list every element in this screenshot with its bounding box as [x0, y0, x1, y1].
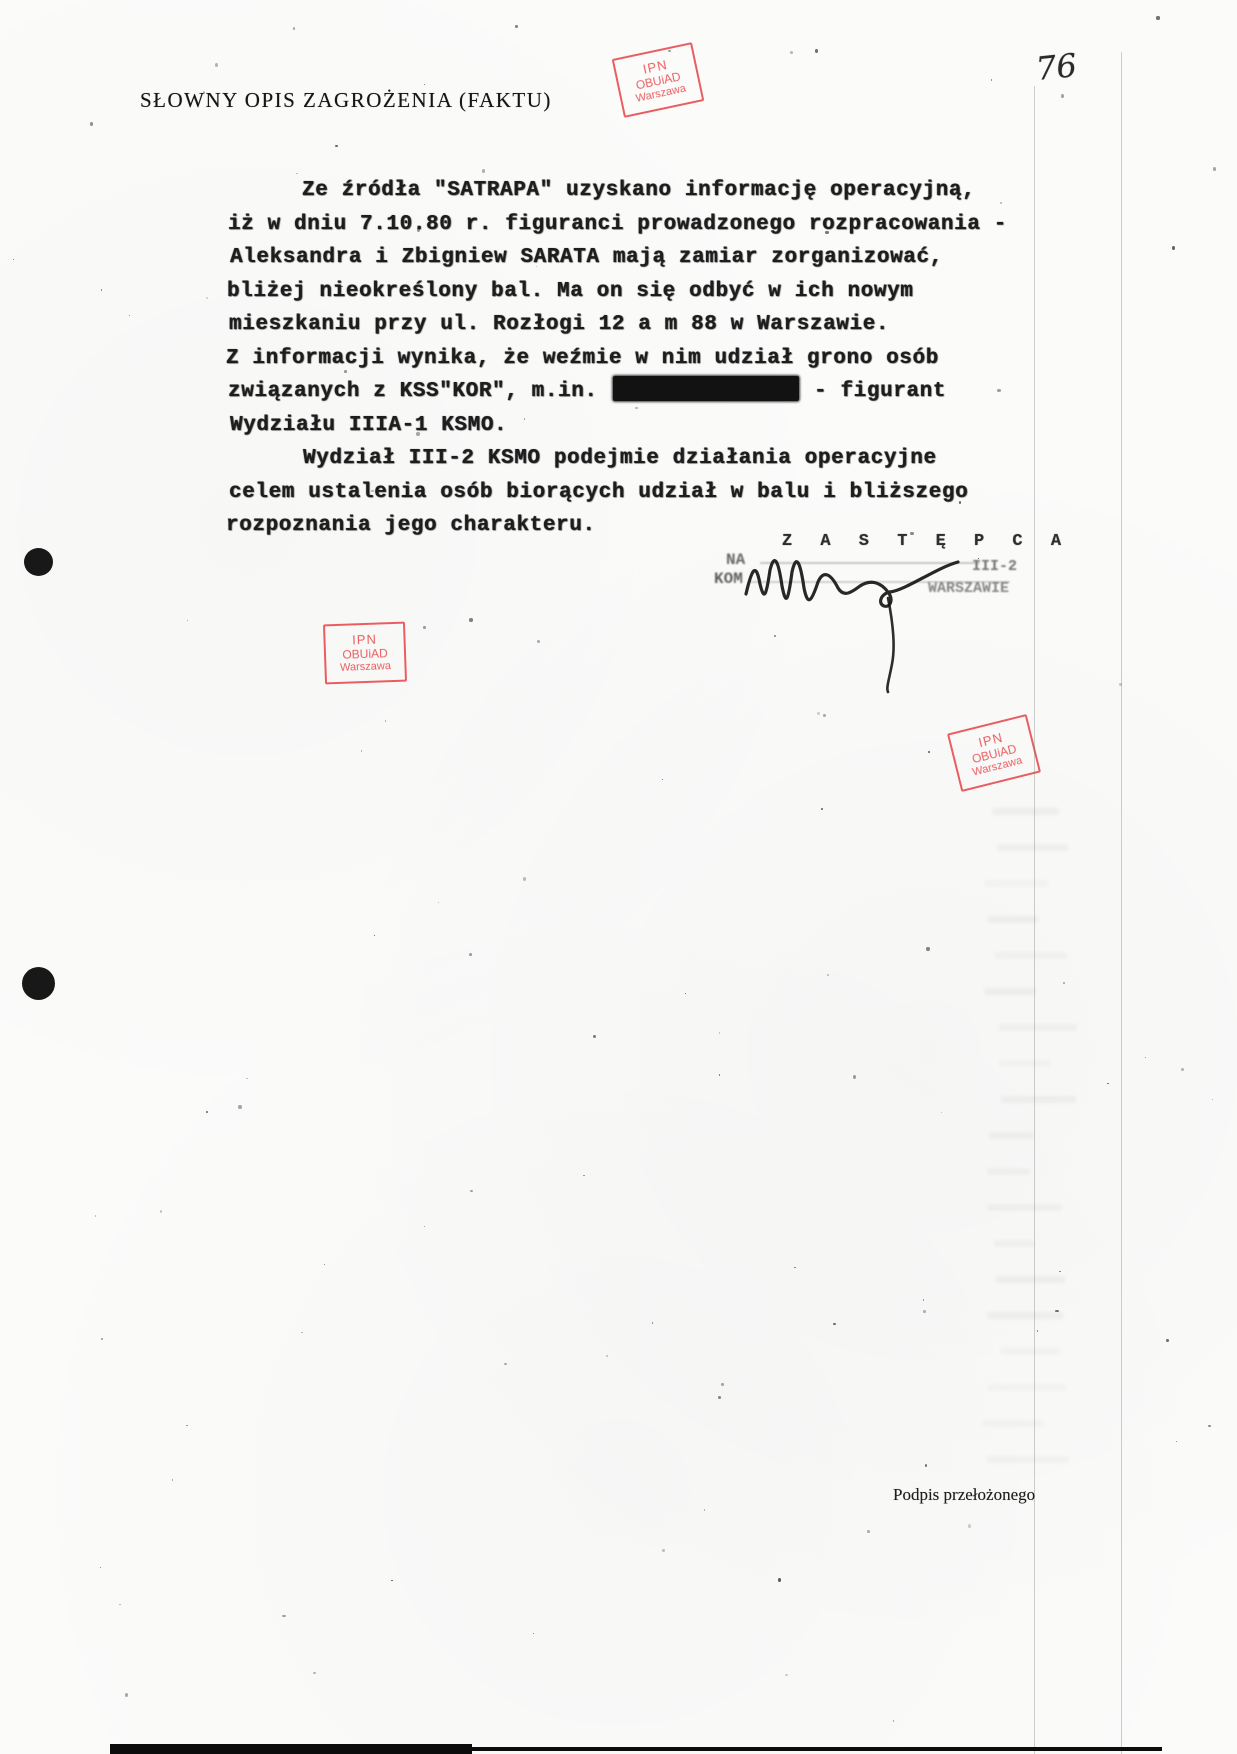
- noise-speck: [923, 1310, 926, 1313]
- noise-speck: [925, 1464, 927, 1467]
- noise-speck: [324, 1264, 325, 1265]
- noise-speck: [1145, 1057, 1146, 1058]
- noise-speck: [1063, 982, 1065, 985]
- noise-speck: [1119, 683, 1122, 686]
- noise-speck: [374, 935, 376, 936]
- noise-speck: [301, 1332, 302, 1333]
- bleed-through-row: [1001, 1096, 1075, 1103]
- noise-speck: [790, 51, 793, 54]
- hole-punch: [24, 548, 53, 576]
- bleed-through-row: [987, 1312, 1064, 1319]
- noise-speck: [893, 1720, 894, 1721]
- noise-speck: [423, 626, 426, 629]
- signer-stamp-fragment: KOM: [714, 570, 743, 588]
- noise-speck: [186, 1425, 188, 1427]
- noise-speck: [652, 1322, 653, 1324]
- bleed-through-row: [1000, 1348, 1059, 1355]
- bleed-through-row: [985, 880, 1048, 887]
- noise-speck: [910, 532, 914, 536]
- ipn-archive-stamp: IPN OBUiAD Warszawa: [947, 714, 1041, 792]
- noise-speck: [1208, 1425, 1210, 1427]
- noise-speck: [13, 259, 14, 260]
- bleed-through-row: [996, 1276, 1065, 1283]
- bleed-through-row: [988, 916, 1038, 923]
- noise-speck: [424, 1226, 425, 1228]
- noise-speck: [469, 618, 473, 621]
- noise-speck: [296, 173, 298, 175]
- noise-speck: [923, 1299, 924, 1301]
- noise-speck: [719, 1032, 720, 1034]
- noise-speck: [282, 1615, 285, 1617]
- noise-speck: [1212, 1099, 1213, 1100]
- noise-speck: [238, 1105, 241, 1109]
- noise-speck: [997, 389, 1001, 392]
- noise-speck: [469, 953, 472, 956]
- noise-speck: [203, 91, 205, 94]
- noise-speck: [1156, 16, 1159, 19]
- noise-speck: [482, 169, 485, 172]
- body-line: związanych z KSS"KOR", m.in. - figurant: [228, 375, 1028, 409]
- noise-speck: [1107, 1083, 1109, 1084]
- page-number: 76: [1034, 46, 1078, 88]
- noise-speck: [867, 1530, 870, 1532]
- noise-speck: [1037, 1330, 1039, 1332]
- noise-speck: [416, 432, 420, 436]
- noise-speck: [504, 1363, 506, 1365]
- bleed-through-row: [984, 988, 1036, 995]
- noise-speck: [913, 582, 915, 583]
- noise-speck: [470, 1190, 473, 1193]
- noise-speck: [817, 712, 820, 715]
- noise-speck: [959, 501, 961, 504]
- noise-speck: [515, 25, 517, 27]
- noise-speck: [928, 751, 930, 752]
- noise-speck: [172, 1479, 173, 1481]
- noise-speck: [417, 228, 420, 231]
- noise-speck: [1059, 1271, 1060, 1272]
- noise-speck: [778, 1578, 781, 1582]
- stamp-text-warszawa: Warszawa: [340, 660, 391, 675]
- noise-speck: [833, 1323, 836, 1326]
- bleed-through-row: [989, 1132, 1034, 1139]
- noise-speck: [206, 297, 208, 299]
- document-body: Ze źródła "SATRAPA" uzyskano informację …: [228, 174, 1028, 543]
- noise-speck: [662, 779, 663, 780]
- noise-speck: [246, 1078, 248, 1080]
- footer-caption: Podpis przełożonego: [893, 1485, 1035, 1505]
- bleed-through-row: [987, 1456, 1069, 1463]
- redaction-bar: [613, 376, 799, 401]
- noise-speck: [90, 122, 93, 126]
- noise-speck: [968, 1524, 971, 1528]
- noise-speck: [583, 1175, 585, 1176]
- bleed-through-row: [987, 1204, 1062, 1211]
- noise-speck: [344, 370, 347, 373]
- noise-speck: [438, 902, 439, 903]
- noise-speck: [385, 720, 387, 722]
- document-page: SŁOWNY OPIS ZAGROŻENIA (FAKTU) 76 IPN OB…: [0, 0, 1237, 1754]
- body-line: iż w dniu 7.10.80 r. figuranci prowadzon…: [228, 208, 1028, 242]
- noise-speck: [1172, 246, 1175, 250]
- bleed-through-row: [999, 1024, 1077, 1031]
- hole-punch: [22, 967, 55, 1000]
- noise-speck: [853, 1075, 856, 1080]
- noise-speck: [593, 1035, 596, 1038]
- body-text: - figurant: [801, 380, 946, 403]
- noise-speck: [1181, 1068, 1184, 1071]
- noise-speck: [361, 750, 362, 752]
- document-title: SŁOWNY OPIS ZAGROŻENIA (FAKTU): [140, 88, 552, 113]
- bleed-through-row: [983, 1420, 1045, 1427]
- body-line: bliżej nieokreślony bal. Ma on się odbyć…: [227, 275, 1027, 309]
- noise-speck: [335, 145, 338, 147]
- body-line: Wydział III-2 KSMO podejmie działania op…: [227, 442, 1027, 476]
- noise-speck: [160, 1210, 162, 1213]
- noise-speck: [704, 1509, 705, 1510]
- noise-speck: [1061, 94, 1064, 98]
- scan-edge-artifact: [110, 1747, 1162, 1751]
- bleed-through-row: [997, 844, 1068, 851]
- noise-speck: [313, 1672, 316, 1674]
- noise-speck: [533, 1633, 535, 1635]
- noise-speck: [821, 808, 822, 810]
- bleed-through-row: [987, 1168, 1030, 1175]
- ipn-archive-stamp: IPN OBUiAD Warszawa: [323, 622, 407, 685]
- stamp-text-ipn: IPN: [352, 632, 377, 647]
- noise-speck: [785, 1674, 788, 1676]
- ipn-archive-stamp: IPN OBUiAD Warszawa: [612, 42, 705, 118]
- bleed-through-line: [1121, 52, 1122, 1754]
- noise-speck: [523, 877, 526, 880]
- bleed-through-row: [988, 1384, 1066, 1391]
- noise-speck: [125, 1693, 128, 1697]
- noise-speck: [1213, 167, 1217, 171]
- noise-speck: [719, 1074, 720, 1076]
- noise-speck: [536, 266, 537, 267]
- noise-speck: [941, 1112, 942, 1113]
- noise-speck: [718, 1396, 721, 1399]
- body-text: związanych z KSS"KOR", m.in.: [228, 380, 611, 403]
- noise-speck: [129, 315, 130, 316]
- noise-speck: [926, 947, 929, 951]
- noise-speck: [371, 490, 374, 493]
- noise-speck: [815, 49, 818, 53]
- noise-speck: [391, 1580, 392, 1581]
- bleed-through-row: [994, 1240, 1034, 1247]
- noise-speck: [827, 974, 830, 977]
- bleed-through-row: [995, 952, 1067, 959]
- noise-speck: [635, 407, 637, 409]
- noise-speck: [424, 84, 425, 85]
- body-line: mieszkaniu przy ul. Rozłogi 12 a m 88 w …: [229, 308, 1029, 342]
- noise-speck: [685, 993, 686, 995]
- noise-speck: [95, 1215, 96, 1216]
- body-line: Ze źródła "SATRAPA" uzyskano informację …: [226, 174, 1026, 208]
- noise-speck: [206, 1111, 208, 1113]
- noise-speck: [794, 1267, 796, 1268]
- noise-speck: [825, 231, 828, 234]
- body-line: celem ustalenia osób biorących udział w …: [229, 476, 1029, 510]
- noise-speck: [1166, 1339, 1169, 1342]
- bleed-through-row: [992, 808, 1058, 815]
- noise-speck: [101, 1338, 103, 1340]
- noise-speck: [293, 27, 295, 29]
- noise-speck: [823, 714, 826, 717]
- body-line: Wydziału IIIA-1 KSMO.: [230, 409, 1030, 443]
- noise-speck: [606, 1355, 608, 1357]
- signature: [740, 548, 980, 708]
- noise-speck: [721, 1383, 723, 1385]
- bleed-through-row: [999, 1060, 1052, 1067]
- noise-speck: [1176, 1441, 1177, 1443]
- noise-speck: [662, 1549, 665, 1552]
- noise-speck: [187, 620, 188, 621]
- noise-speck: [215, 63, 218, 67]
- noise-speck: [101, 289, 102, 291]
- noise-speck: [100, 1567, 101, 1568]
- noise-speck: [991, 79, 992, 81]
- noise-speck: [119, 1604, 120, 1606]
- body-line: Aleksandra i Zbigniew SARATA mają zamiar…: [230, 241, 1030, 275]
- noise-speck: [537, 640, 540, 643]
